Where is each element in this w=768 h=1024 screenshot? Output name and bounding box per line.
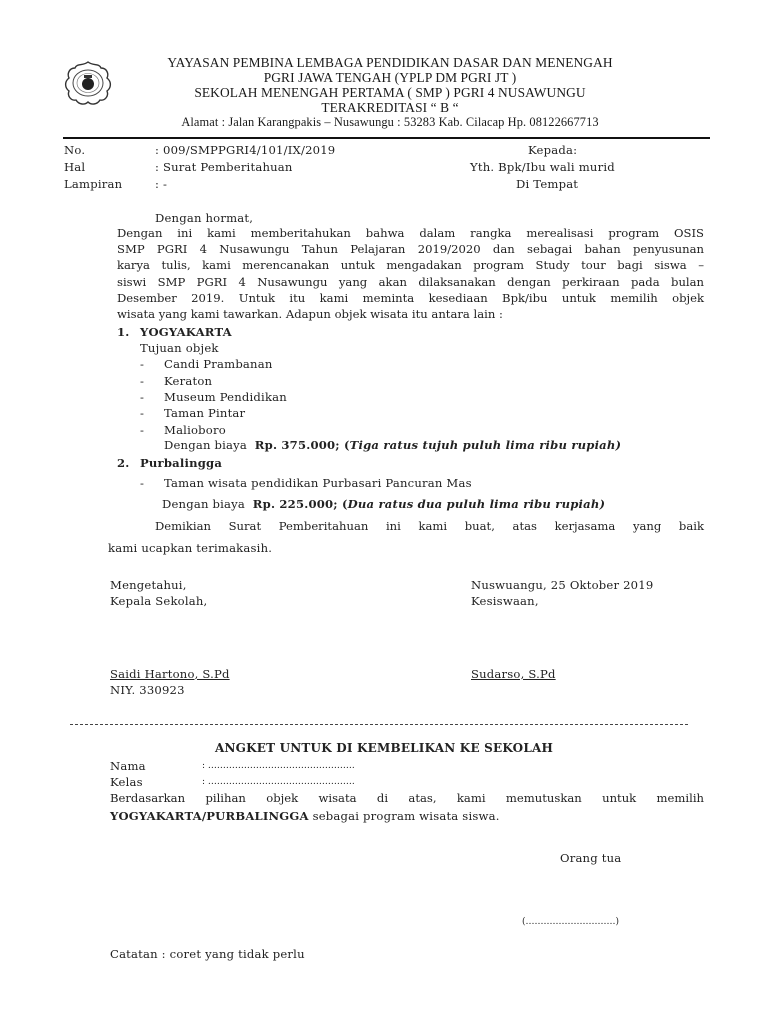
destination-item: Keraton	[164, 373, 212, 389]
intro-paragraph: Dengan ini kami memberitahukan bahwa dal…	[117, 225, 704, 322]
cost-in-words: Dua ratus dua puluh lima ribu rupiah)	[348, 497, 606, 511]
subject-label: Hal	[64, 159, 85, 175]
number-label: No.	[64, 142, 85, 158]
letter-number: : 009/SMPPGRI4/101/IX/2019	[155, 142, 335, 158]
option-2-number: 2.	[117, 455, 130, 471]
principal-id: NIY. 330923	[110, 682, 185, 698]
bullet: -	[140, 356, 144, 372]
bullet: -	[140, 475, 144, 491]
destination-item: Taman Pintar	[164, 405, 245, 421]
decision-line-1: Berdasarkan pilihan objek wisata di atas…	[110, 790, 704, 806]
cost-in-words: Tiga ratus tujuh puluh lima ribu rupiah)	[350, 438, 622, 452]
class-label: Kelas	[110, 774, 143, 790]
school-crest-logo	[63, 60, 113, 106]
option-1-cost: Dengan biaya Rp. 375.000; (Tiga ratus tu…	[164, 437, 621, 453]
intro-line: siswi SMP PGRI 4 Nusawungu yang akan dil…	[117, 274, 704, 290]
decision-line-2: YOGYAKARTA/PURBALINGGA sebagai program w…	[110, 808, 500, 824]
cost-prefix: Dengan biaya	[162, 497, 245, 511]
attachment-value: : -	[155, 176, 167, 192]
letter-subject: : Surat Pemberitahuan	[155, 159, 293, 175]
closing-line-1: Demikian Surat Pemberitahuan ini kami bu…	[155, 518, 704, 534]
accreditation: TERAKREDITASI “ B “	[110, 100, 670, 115]
option-1-name: YOGYAKARTA	[140, 324, 232, 340]
name-label: Nama	[110, 758, 146, 774]
school-name: SEKOLAH MENENGAH PERTAMA ( SMP ) PGRI 4 …	[110, 85, 670, 100]
bullet: -	[140, 373, 144, 389]
recipient-heading: Kepada:	[528, 142, 577, 158]
option-1-sublabel: Tujuan objek	[140, 340, 219, 356]
acknowledged-label: Mengetahui,	[110, 577, 187, 593]
intro-line: SMP PGRI 4 Nusawungu Tahun Pelajaran 201…	[117, 241, 704, 257]
destination-item: Candi Prambanan	[164, 356, 273, 372]
intro-line: Desember 2019. Untuk itu kami meminta ke…	[117, 290, 704, 306]
option-2-cost: Dengan biaya Rp. 225.000; (Dua ratus dua…	[162, 496, 605, 512]
decision-choice[interactable]: YOGYAKARTA/PURBALINGGA	[110, 809, 309, 823]
parent-label: Orang tua	[560, 850, 621, 866]
principal-title: Kepala Sekolah,	[110, 593, 207, 609]
closing-line-2: kami ucapkan terimakasih.	[108, 540, 272, 556]
school-address: Alamat : Jalan Karangpakis – Nusawungu :…	[110, 115, 670, 130]
place-date: Nuswuangu, 25 Oktober 2019	[471, 577, 653, 593]
letterhead-divider	[63, 137, 710, 139]
principal-name: Saidi Hartono, S.Pd	[110, 666, 230, 682]
attachment-label: Lampiran	[64, 176, 122, 192]
student-affairs-name: Sudarso, S.Pd	[471, 666, 556, 682]
bullet: -	[140, 405, 144, 421]
cost-amount: Rp. 375.000; (	[255, 438, 350, 452]
destination-item: Taman wisata pendidikan Purbasari Pancur…	[164, 475, 472, 491]
intro-line: Dengan ini kami memberitahukan bahwa dal…	[117, 225, 704, 241]
bullet: -	[140, 389, 144, 405]
class-field[interactable]: : ………………………………………….	[202, 774, 355, 790]
student-affairs-title: Kesiswaan,	[471, 593, 539, 609]
cost-prefix: Dengan biaya	[164, 438, 247, 452]
note: Catatan : coret yang tidak perlu	[110, 946, 305, 962]
name-field[interactable]: : ………………………………………….	[202, 758, 355, 774]
recipient-name: Yth. Bpk/Ibu wali murid	[470, 159, 615, 175]
foundation-name: YAYASAN PEMBINA LEMBAGA PENDIDIKAN DASAR…	[110, 55, 670, 70]
parent-signature-field[interactable]: (…………………………)	[522, 914, 619, 930]
destination-item: Museum Pendidikan	[164, 389, 287, 405]
organization-name: PGRI JAWA TENGAH (YPLP DM PGRI JT )	[110, 70, 670, 85]
decision-rest: sebagai program wisata siswa.	[309, 809, 500, 823]
intro-line: karya tulis, kami merencanakan untuk men…	[117, 257, 704, 273]
survey-title: ANGKET UNTUK DI KEMBELIKAN KE SEKOLAH	[0, 740, 768, 756]
option-1-number: 1.	[117, 324, 130, 340]
destination-item: Malioboro	[164, 422, 226, 438]
cost-amount: Rp. 225.000; (	[253, 497, 348, 511]
greeting: Dengan hormat,	[155, 210, 253, 226]
option-2-name: Purbalingga	[140, 455, 222, 471]
bullet: -	[140, 422, 144, 438]
intro-line: wisata yang kami tawarkan. Adapun objek …	[117, 306, 704, 322]
cut-line-divider	[70, 724, 688, 725]
recipient-place: Di Tempat	[516, 176, 578, 192]
